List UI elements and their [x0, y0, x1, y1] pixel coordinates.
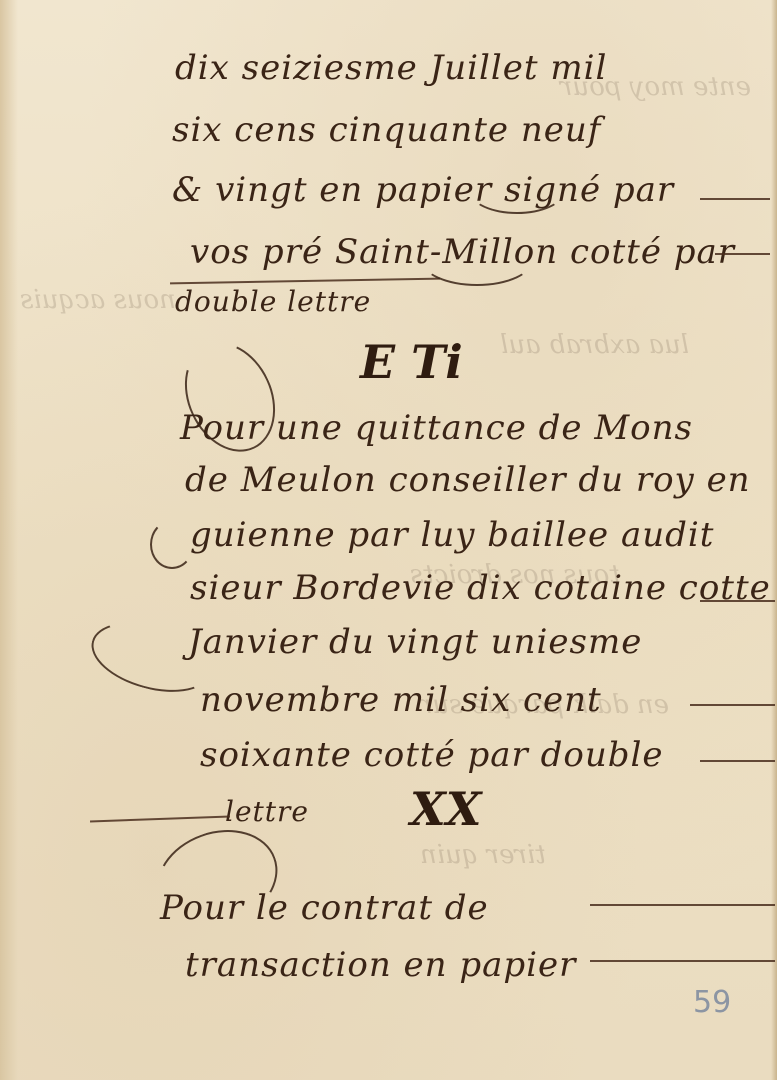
descender-flourish: [470, 170, 564, 214]
line-filler-stroke: [700, 760, 775, 762]
manuscript-line: lettre: [225, 795, 309, 828]
line-filler-stroke: [700, 198, 770, 200]
manuscript-line: soixante cotté par double: [200, 735, 663, 775]
manuscript-line: de Meulon conseiller du roy en: [185, 460, 751, 500]
amount-roman-numeral: XX: [410, 782, 481, 836]
bleed-through-text: tirer quin: [420, 840, 546, 870]
manuscript-page: ente moy pour nous acquis lua axbrab aul…: [0, 0, 777, 1080]
line-filler-stroke: [90, 816, 230, 823]
line-filler-stroke: [715, 253, 770, 255]
manuscript-line: Janvier du vingt uniesme: [188, 622, 642, 662]
margin-flourish: [150, 520, 194, 569]
entry-heading: E Ti: [360, 335, 463, 389]
descender-flourish: [420, 232, 534, 286]
manuscript-line: six cens cinquante neuf: [172, 110, 601, 150]
bleed-through-text: lua axbrab aul: [500, 330, 689, 360]
line-filler-stroke: [700, 600, 775, 602]
folio-number: 59: [693, 985, 731, 1020]
manuscript-line: dix seiziesme Juillet mil: [175, 48, 607, 88]
manuscript-line: transaction en papier: [185, 945, 576, 985]
page-binding-shadow: [0, 0, 18, 1080]
manuscript-line: novembre mil six cent: [200, 680, 602, 720]
line-filler-stroke: [170, 278, 440, 284]
manuscript-line: double lettre: [175, 285, 371, 318]
manuscript-line: guienne par luy baillee audit: [190, 515, 714, 555]
page-edge-shadow: [771, 0, 777, 1080]
manuscript-line: & vingt en papier signé par: [172, 170, 674, 210]
line-filler-stroke: [690, 704, 775, 706]
line-filler-stroke: [590, 904, 775, 906]
bleed-through-text: nous acquis: [20, 285, 176, 315]
line-filler-stroke: [590, 960, 775, 962]
manuscript-line: sieur Bordevie dix cotaine cotte: [190, 568, 771, 608]
